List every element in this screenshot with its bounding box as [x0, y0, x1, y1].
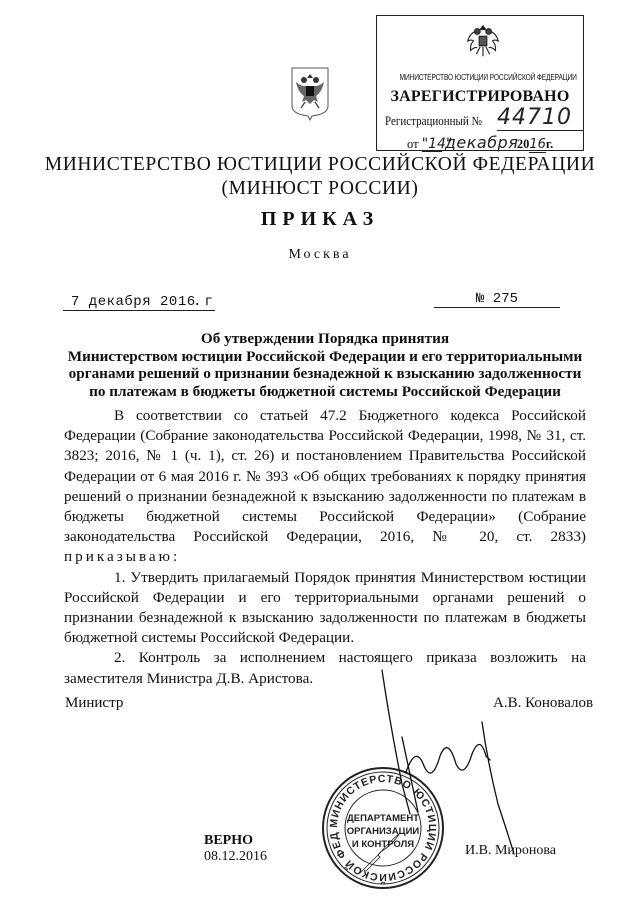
preamble-paragraph: В соответствии со статьей 47.2 Бюджетног…: [64, 406, 586, 568]
subject-line: органами решений о признании безнадежной…: [60, 365, 590, 383]
stamp-day: "14": [422, 137, 442, 152]
certification-date: 08.12.2016: [204, 849, 267, 865]
signatory-name: А.В. Коновалов: [493, 695, 593, 712]
coat-of-arms-icon: [290, 66, 330, 122]
seal-center-line: ДЕПАРТАМЕНТ: [347, 813, 419, 824]
ministry-header: МИНИСТЕРСТВО ЮСТИЦИИ РОССИЙСКОЙ ФЕДЕРАЦИ…: [0, 153, 640, 201]
ministry-short-name: (МИНЮСТ РОССИИ): [0, 177, 640, 201]
stamp-year-prefix: 20: [517, 137, 530, 151]
stamp-registration-number-line: Регистрационный № 44710: [385, 114, 581, 129]
stamp-date-prefix: от: [407, 137, 419, 151]
signatory-position: Министр: [65, 695, 123, 712]
department-seal: МИНИСТЕРСТВО ЮСТИЦИИ РОССИЙСКОЙ ФЕДЕРАЦИ…: [320, 765, 446, 891]
order-number: № 275: [434, 291, 560, 308]
order-body: В соответствии со статьей 47.2 Бюджетног…: [64, 406, 586, 689]
stamp-month: декабря: [445, 136, 517, 151]
stamp-registration-number: 44710: [497, 106, 583, 131]
seal-center-line: И КОНТРОЛЯ: [352, 839, 414, 850]
subject-line: Об утверждении Порядка принятия: [60, 330, 590, 348]
stamp-number-label: Регистрационный №: [385, 114, 482, 129]
stamp-year-end: г.: [546, 137, 553, 151]
city: Москва: [0, 247, 640, 263]
document-type-title: ПРИКАЗ: [0, 208, 640, 231]
ministry-name: МИНИСТЕРСТВО ЮСТИЦИИ РОССИЙСКОЙ ФЕДЕРАЦИ…: [0, 153, 640, 177]
subject-line: по платежам в бюджеты бюджетной системы …: [60, 383, 590, 401]
order-item-2: 2. Контроль за исполнением настоящего пр…: [64, 648, 586, 688]
preamble-text: В соответствии со статьей 47.2 Бюджетног…: [64, 407, 586, 545]
coat-of-arms-icon: [464, 22, 502, 60]
stamp-ministry-name: МИНИСТЕРСТВО ЮСТИЦИИ РОССИЙСКОЙ ФЕДЕРАЦИ…: [400, 72, 561, 82]
stamp-year-suffix: 16: [529, 138, 546, 153]
stamp-registered-title: ЗАРЕГИСТРИРОВАНО: [377, 88, 583, 106]
order-subject: Об утверждении Порядка принятия Министер…: [60, 330, 590, 400]
registration-stamp: МИНИСТЕРСТВО ЮСТИЦИИ РОССИЙСКОЙ ФЕДЕРАЦИ…: [376, 15, 584, 151]
certifier-name: И.В. Миронова: [465, 843, 556, 859]
seal-center-line: ОРГАНИЗАЦИИ: [347, 826, 420, 837]
subject-line: Министерством юстиции Российской Федерац…: [60, 348, 590, 366]
certification-label: ВЕРНО: [204, 833, 253, 849]
order-word: приказываю:: [64, 548, 180, 565]
order-date-dot: .: [193, 294, 201, 310]
order-item-1: 1. Утвердить прилагаемый Порядок приняти…: [64, 568, 586, 649]
stamp-date-line: от "14" декабря2016г.: [407, 136, 577, 153]
